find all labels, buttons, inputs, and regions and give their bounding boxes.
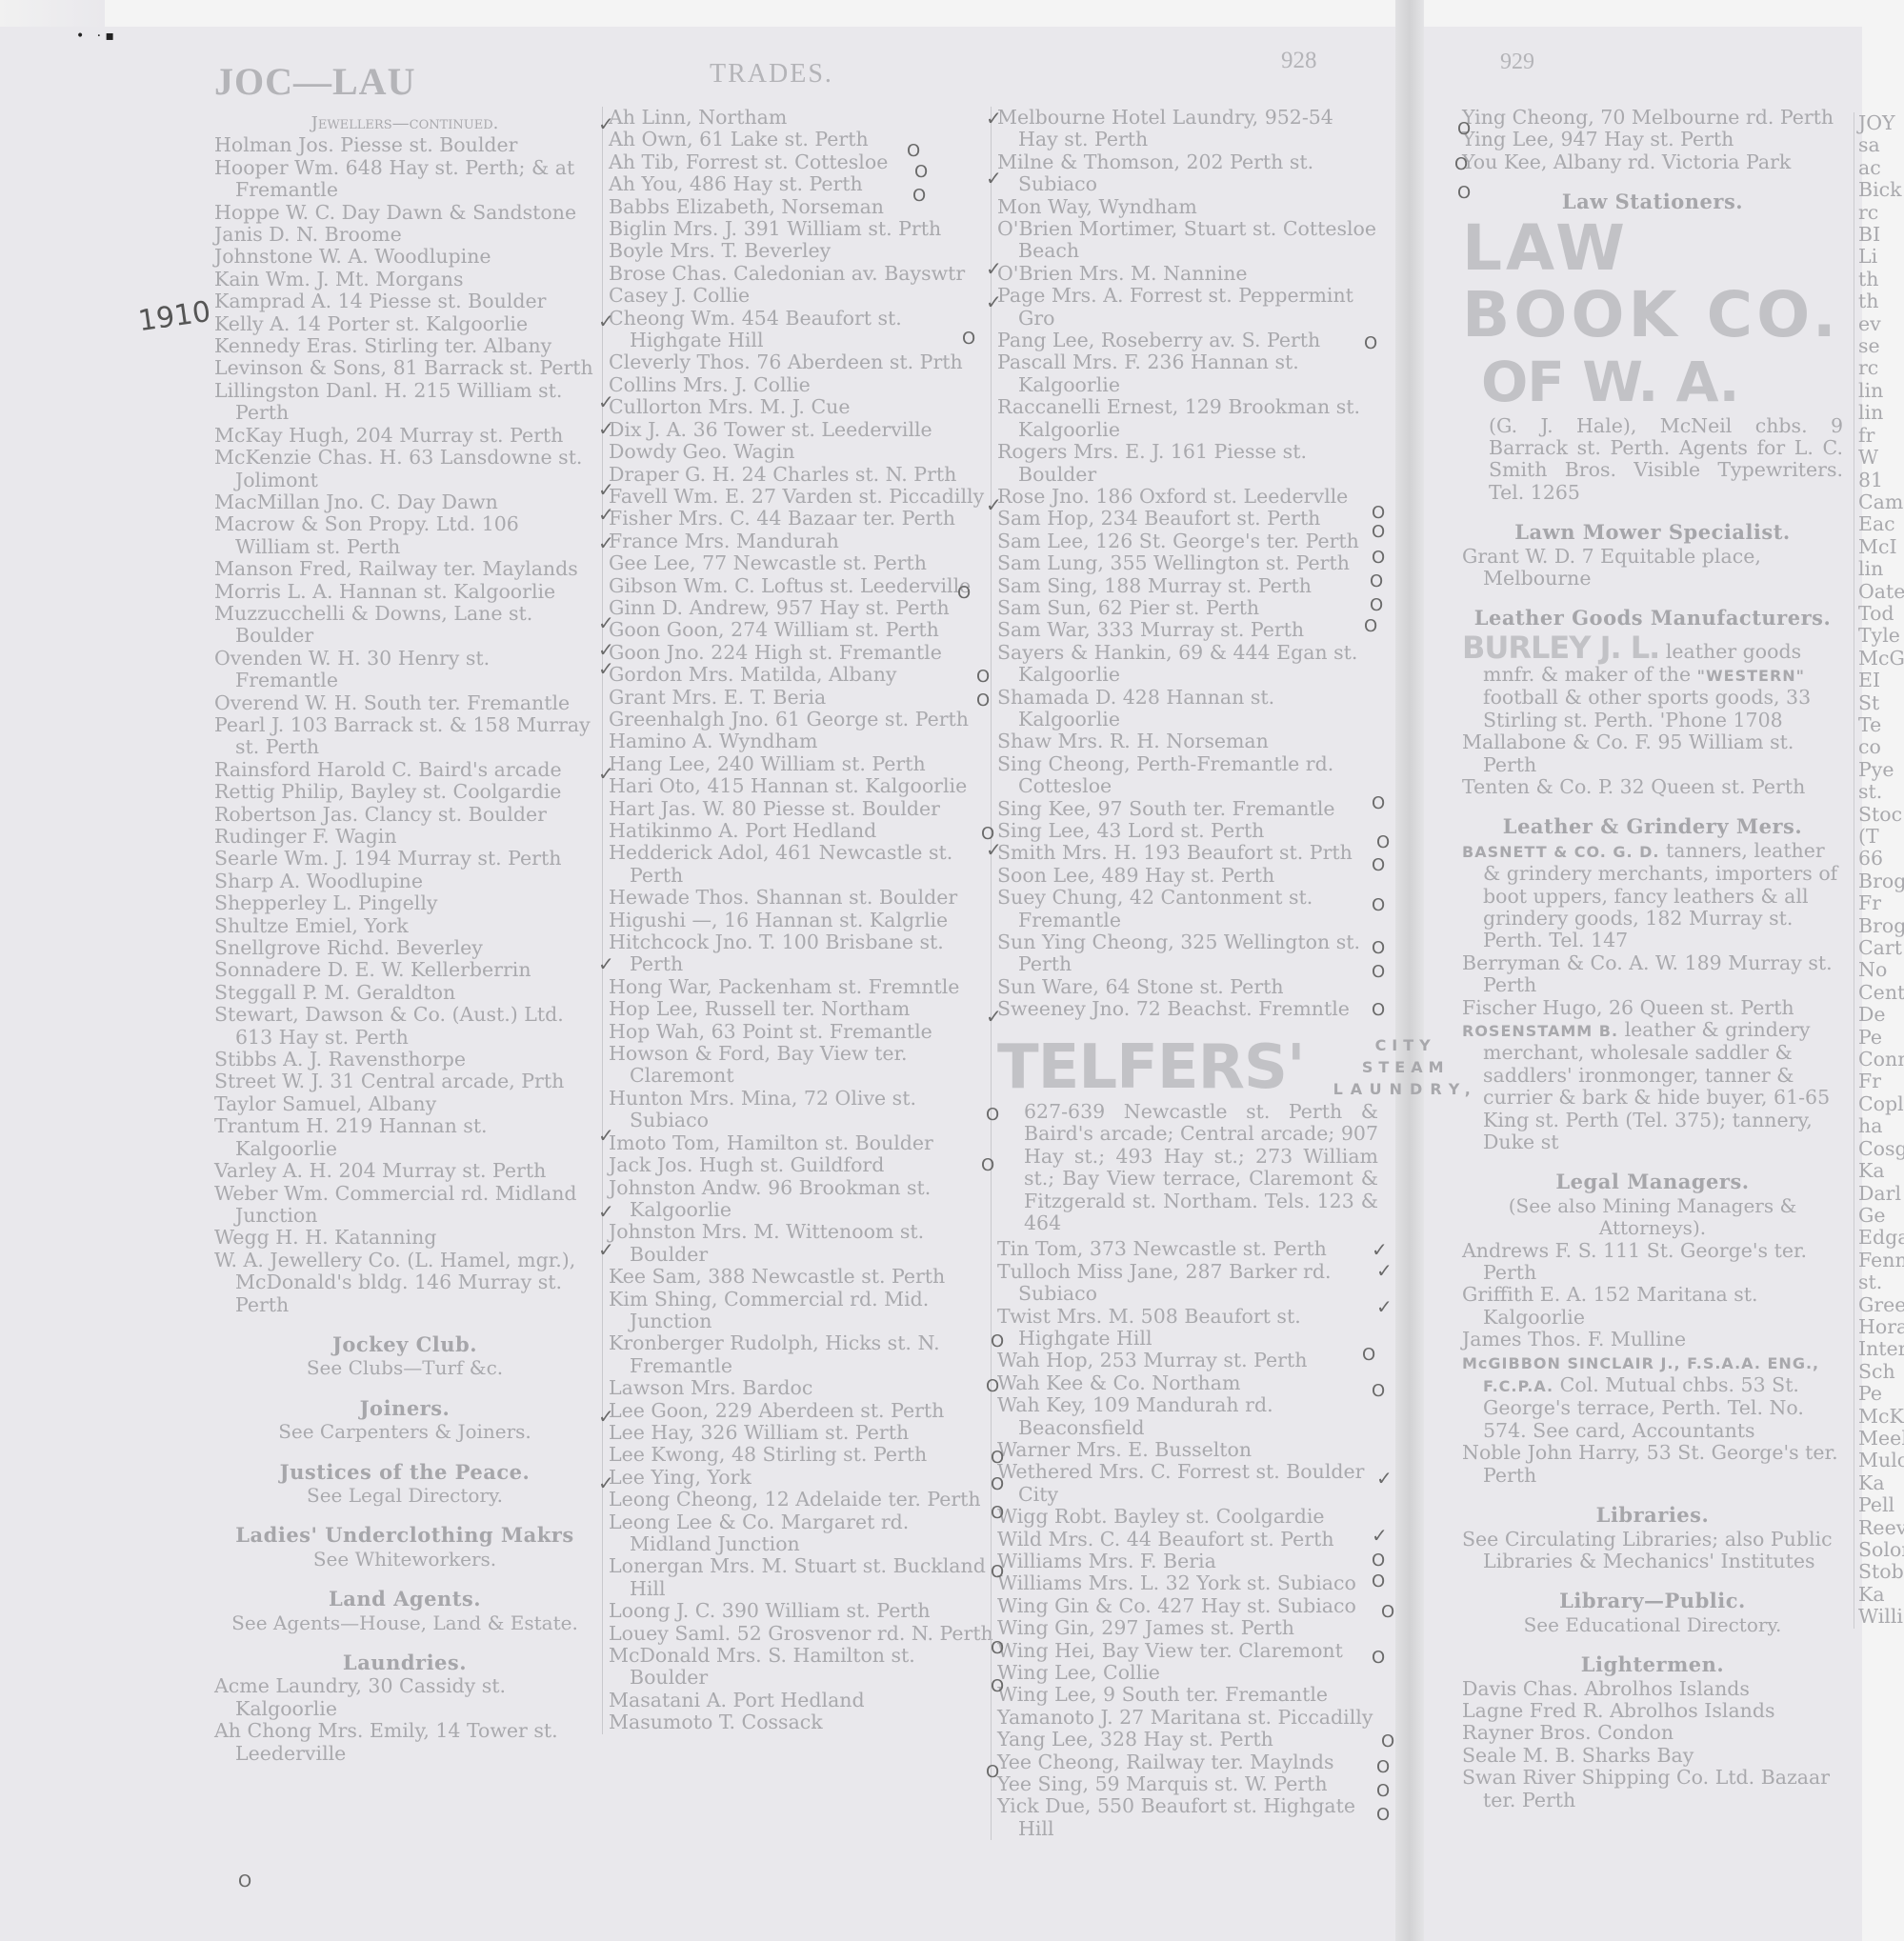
law-book-co-advert-line1: LAW BOOK CO. [1462, 215, 1843, 349]
column-laundries-a-m: Ah Linn, NorthamAh Own, 61 Lake st. Pert… [602, 107, 994, 1734]
list-item: Rogers Mrs. E. J. 161 Piesse st. Boulder [997, 441, 1378, 486]
list-item: Kain Wm. J. Mt. Morgans [214, 269, 595, 290]
circle-mark-icon: O [1372, 1571, 1385, 1591]
check-mark-icon: ✓ [598, 1405, 614, 1428]
check-mark-icon: ✓ [1372, 1524, 1388, 1547]
list-item: Sam Hop, 234 Beaufort st. Perth [997, 508, 1378, 530]
list-item: ac [1858, 157, 1904, 179]
list-item: Sharp A. Woodlupine [214, 870, 595, 892]
circle-mark-icon: O [976, 690, 990, 710]
circle-mark-icon: O [986, 1762, 999, 1782]
list-item: Cosg [1858, 1138, 1904, 1160]
check-mark-icon: ✓ [986, 1005, 1002, 1028]
law-book-co-body: (G. J. Hale), McNeil chbs. 9 Barrack st.… [1462, 415, 1843, 505]
list-item: Morris L. A. Hannan st. Kalgoorlie [214, 581, 595, 603]
list-item: Sing Lee, 43 Lord st. Perth [997, 820, 1378, 842]
list-item: Cent [1858, 982, 1904, 1004]
list-item: lin [1858, 402, 1904, 424]
list-item: Mon Way, Wyndham [997, 196, 1378, 218]
column-clipped-edge: JOYsaacBickrcBILiththevserclinlinfrW81Ca… [1854, 112, 1904, 1629]
check-mark-icon: ✓ [598, 1238, 614, 1261]
circle-mark-icon: O [912, 186, 926, 206]
list-item: Ying Cheong, 70 Melbourne rd. Perth [1462, 107, 1843, 129]
list-item: sa [1858, 134, 1904, 156]
list-item: McKay Hugh, 204 Murray st. Perth [214, 425, 595, 447]
see-reference: See Carpenters & Joiners. [214, 1421, 595, 1443]
list-item: Swan River Shipping Co. Ltd. Bazaar ter.… [1462, 1767, 1843, 1811]
leather-grindery-list: Berryman & Co. A. W. 189 Murray st. Pert… [1462, 952, 1843, 1019]
list-item: Ginn D. Andrew, 957 Hay st. Perth [609, 597, 994, 619]
check-mark-icon: ✓ [1372, 1238, 1388, 1261]
list-item: rc [1858, 357, 1904, 379]
list-item: Kennedy Eras. Stirling ter. Albany [214, 335, 595, 357]
list-item: Trantum H. 219 Hannan st. Kalgoorlie [214, 1115, 595, 1160]
list-item: Shepperley L. Pingelly [214, 892, 595, 914]
basnett-entry: BASNETT & CO. G. D. tanners, leather & g… [1462, 840, 1843, 952]
list-item: Sonnadere D. E. W. Kellerberrin [214, 959, 595, 981]
list-item: Lee Ying, York [609, 1467, 994, 1489]
section-heading-xref: Land Agents. [214, 1588, 595, 1610]
list-item: De [1858, 1004, 1904, 1026]
circle-mark-icon: O [1372, 548, 1385, 568]
see-reference: See Clubs—Turf &c. [214, 1357, 595, 1379]
list-item: Janis D. N. Broome [214, 224, 595, 246]
list-item: Dowdy Geo. Wagin [609, 441, 994, 463]
list-item: Stewart, Dawson & Co. (Aust.) Ltd. 613 H… [214, 1004, 595, 1049]
list-item: lin [1858, 558, 1904, 580]
section-heading-legal-managers: Legal Managers. [1462, 1171, 1843, 1192]
list-item: Sweeney Jno. 72 Beachst. Fremntle [997, 998, 1378, 1020]
list-item: Favell Wm. E. 27 Varden st. Piccadilly [609, 486, 994, 508]
mcgibbon-entry: McGIBBON SINCLAIR J., F.S.A.A. ENG., F.C… [1462, 1351, 1843, 1443]
list-item: Tin Tom, 373 Newcastle st. Perth [997, 1238, 1378, 1260]
list-item: se [1858, 335, 1904, 357]
list-item: Brose Chas. Caledonian av. Bayswtr [609, 263, 994, 285]
list-item: Sam Sun, 62 Pier st. Perth [997, 597, 1378, 619]
list-item: Smith Mrs. H. 193 Beaufort st. Prth [997, 842, 1378, 864]
list-item: Te [1858, 714, 1904, 736]
check-mark-icon: ✓ [598, 503, 614, 526]
laundries-list-y: Ying Cheong, 70 Melbourne rd. PerthYing … [1462, 107, 1843, 173]
list-item: BI [1858, 224, 1904, 246]
check-mark-icon: ✓ [986, 257, 1002, 280]
circle-mark-icon: O [991, 1638, 1004, 1658]
circle-mark-icon: O [1372, 962, 1385, 982]
list-item: Grant Mrs. E. T. Beria [609, 687, 994, 709]
circle-mark-icon: O [1364, 616, 1377, 636]
check-mark-icon: ✓ [598, 390, 614, 413]
list-item: O'Brien Mrs. M. Nannine [997, 263, 1378, 285]
ink-specks: • · ▪ [76, 29, 114, 44]
list-item: Cullorton Mrs. M. J. Cue [609, 396, 994, 418]
list-item: Babbs Elizabeth, Norseman [609, 196, 994, 218]
list-item: Hamino A. Wyndham [609, 730, 994, 752]
list-item: Sam Sing, 188 Murray st. Perth [997, 575, 1378, 597]
list-item: McDonald Mrs. S. Hamilton st. Boulder [609, 1645, 994, 1690]
check-mark-icon: ✓ [598, 1124, 614, 1147]
list-item: Williams Mrs. F. Beria [997, 1551, 1378, 1572]
list-item: Soon Lee, 489 Hay st. Perth [997, 865, 1378, 887]
list-item: Hooper Wm. 648 Hay st. Perth; & at Frema… [214, 157, 595, 202]
list-item: Collins Mrs. J. Collie [609, 374, 994, 396]
circle-mark-icon: O [1372, 895, 1385, 915]
list-item: Pye [1858, 759, 1904, 781]
list-item: Solon [1858, 1539, 1904, 1561]
list-item: Robertson Jas. Clancy st. Boulder [214, 804, 595, 826]
list-item: Sing Kee, 97 South ter. Fremantle [997, 798, 1378, 820]
list-item: Pe [1858, 1383, 1904, 1405]
list-item: Wigg Robt. Bayley st. Coolgardie [997, 1506, 1378, 1528]
list-item: Sayers & Hankin, 69 & 444 Egan st. Kalgo… [997, 642, 1378, 687]
list-item: Pang Lee, Roseberry av. S. Perth [997, 330, 1378, 351]
list-item: Johnston Mrs. M. Wittenoom st. Boulder [609, 1221, 994, 1266]
list-item: JOY [1858, 112, 1904, 134]
section-heading-laundries: Laundries. [214, 1651, 595, 1673]
legal-managers-note: (See also Mining Managers & Attorneys). [1462, 1195, 1843, 1240]
circle-mark-icon: O [991, 1503, 1004, 1523]
list-item: Holman Jos. Piesse st. Boulder [214, 134, 595, 156]
list-item: Wing Hei, Bay View ter. Claremont [997, 1640, 1378, 1662]
list-item: France Mrs. Mandurah [609, 530, 994, 552]
section-heading-lawn-mower: Lawn Mower Specialist. [1462, 521, 1843, 543]
list-item: 81 [1858, 470, 1904, 491]
section-heading-lightermen: Lightermen. [1462, 1653, 1843, 1675]
list-item: Tod [1858, 603, 1904, 625]
list-item: Lee Hay, 326 William st. Perth [609, 1422, 994, 1444]
list-item: Warner Mrs. E. Busselton [997, 1439, 1378, 1461]
circle-mark-icon: O [1372, 522, 1385, 542]
list-item: McKenzie Chas. H. 63 Lansdowne st. Jolim… [214, 447, 595, 491]
list-item: Leong Lee & Co. Margaret rd. Midland Jun… [609, 1511, 994, 1556]
list-item: Fischer Hugo, 26 Queen st. Perth [1462, 997, 1843, 1019]
circle-mark-icon: O [976, 667, 990, 687]
telfers-name: TELFERS' [997, 1034, 1305, 1101]
list-item: Sch [1858, 1361, 1904, 1383]
list-item: Hora [1858, 1316, 1904, 1338]
telfers-body: 627-639 Newcastle st. Perth & Baird's ar… [997, 1101, 1378, 1234]
list-item: Boyle Mrs. T. Beverley [609, 240, 994, 262]
circle-mark-icon: O [1370, 595, 1383, 615]
list-item: Rettig Philip, Bayley st. Coolgardie [214, 781, 595, 803]
list-item: st. [1858, 1271, 1904, 1293]
circle-mark-icon: O [914, 162, 928, 182]
list-item: Yick Due, 550 Beaufort st. Highgate Hill [997, 1795, 1378, 1840]
list-item: Wing Gin, 297 James st. Perth [997, 1617, 1378, 1639]
circle-mark-icon: O [986, 1105, 999, 1125]
list-item: Ka [1858, 1472, 1904, 1494]
list-item: Shultze Emiel, York [214, 915, 595, 937]
list-item: Lonergan Mrs. M. Stuart st. Buckland Hil… [609, 1555, 994, 1600]
list-item: Sam Lee, 126 St. George's ter. Perth [997, 530, 1378, 552]
list-item: Melbourne Hotel Laundry, 952-54 Hay st. … [997, 107, 1378, 151]
list-item: Rose Jno. 186 Oxford st. Leedervlle [997, 486, 1378, 508]
list-item: Jack Jos. Hugh st. Guildford [609, 1154, 994, 1176]
circle-mark-icon: O [1364, 333, 1377, 353]
list-item: th [1858, 269, 1904, 290]
check-mark-icon: ✓ [986, 290, 1002, 313]
check-mark-icon: ✓ [1376, 1295, 1393, 1318]
list-item: th [1858, 290, 1904, 312]
list-item: Hari Oto, 415 Hannan st. Kalgoorlie [609, 775, 994, 797]
list-item: Wild Mrs. C. 44 Beaufort st. Perth [997, 1529, 1378, 1551]
list-item: Johnstone W. A. Woodlupine [214, 246, 595, 268]
check-mark-icon: ✓ [598, 112, 614, 135]
list-item: Eac [1858, 513, 1904, 535]
list-item: Yee Sing, 59 Marquis st. W. Perth [997, 1773, 1378, 1795]
list-item: Cleverly Thos. 76 Aberdeen st. Prth [609, 351, 994, 373]
list-item: Fr [1858, 1071, 1904, 1092]
list-item: Leong Cheong, 12 Adelaide ter. Perth [609, 1489, 994, 1511]
list-item: Copl [1858, 1093, 1904, 1115]
list-item: Tenten & Co. P. 32 Queen st. Perth [1462, 776, 1843, 798]
list-item: Grant W. D. 7 Equitable place, Melbourne [1462, 546, 1843, 590]
list-item: Oate [1858, 581, 1904, 603]
list-item: Manson Fred, Railway ter. Maylands [214, 558, 595, 580]
list-item: Ah Chong Mrs. Emily, 14 Tower st. Leeder… [214, 1720, 595, 1765]
list-item: EI [1858, 670, 1904, 691]
list-item: Lee Kwong, 48 Stirling st. Perth [609, 1444, 994, 1466]
list-item: Meeh [1858, 1428, 1904, 1450]
list-item: fr [1858, 425, 1904, 447]
circle-mark-icon: O [1372, 1381, 1385, 1401]
list-item: Loong J. C. 390 William st. Perth [609, 1600, 994, 1622]
circle-mark-icon: O [1457, 119, 1471, 139]
circle-mark-icon: O [1362, 1345, 1375, 1365]
check-mark-icon: ✓ [598, 952, 614, 975]
circle-mark-icon: O [957, 583, 971, 603]
section-heading-law-stationers: Law Stationers. [1462, 190, 1843, 212]
list-item: No [1858, 959, 1904, 981]
circle-mark-icon: O [1457, 183, 1471, 203]
circle-mark-icon: O [986, 1376, 999, 1396]
library-public-see: See Educational Directory. [1462, 1614, 1843, 1636]
list-item: Pe [1858, 1027, 1904, 1049]
list-item: James Thos. F. Mulline [1462, 1329, 1843, 1351]
list-item: Rudinger F. Wagin [214, 826, 595, 848]
list-item: O'Brien Mortimer, Stuart st. Cottesloe B… [997, 218, 1378, 263]
laundries-list-t-y: Tin Tom, 373 Newcastle st. PerthTulloch … [997, 1238, 1378, 1840]
list-item: rc [1858, 202, 1904, 224]
list-item: Levinson & Sons, 81 Barrack st. Perth [214, 357, 595, 379]
list-item: Hitchcock Jno. T. 100 Brisbane st. Perth [609, 931, 994, 976]
list-item: Kelly A. 14 Porter st. Kalgoorlie [214, 313, 595, 335]
list-item: Page Mrs. A. Forrest st. Peppermint Gro [997, 285, 1378, 330]
section-heading-xref: Justices of the Peace. [214, 1461, 595, 1483]
list-item: Griffith E. A. 152 Maritana st. Kalgoorl… [1462, 1284, 1843, 1329]
list-item: Raccanelli Ernest, 129 Brookman st. Kalg… [997, 396, 1378, 441]
list-item: Ah Linn, Northam [609, 107, 994, 129]
burley-western: "WESTERN" [1697, 667, 1805, 685]
list-item: Kamprad A. 14 Piesse st. Boulder [214, 290, 595, 312]
libraries-see: See Circulating Libraries; also Public L… [1462, 1529, 1843, 1573]
list-item: Tulloch Miss Jane, 287 Barker rd. Subiac… [997, 1261, 1378, 1306]
list-item: Ah You, 486 Hay st. Perth [609, 173, 994, 195]
list-item: 66 [1858, 848, 1904, 870]
list-item: W. A. Jewellery Co. (L. Hamel, mgr.), Mc… [214, 1250, 595, 1316]
law-book-co-advert-line2: OF W. A. [1462, 349, 1843, 415]
circle-mark-icon: O [1381, 1731, 1394, 1751]
circle-mark-icon: O [1372, 1551, 1385, 1571]
list-item: Yamanoto J. 27 Maritana st. Piccadilly [997, 1707, 1378, 1729]
list-item: Greenhalgh Jno. 61 George st. Perth [609, 709, 994, 730]
list-item: Ah Tib, Forrest st. Cottesloe [609, 151, 994, 173]
list-item: Cheong Wm. 454 Beaufort st. Highgate Hil… [609, 308, 994, 352]
list-item: Milne & Thomson, 202 Perth st. Subiaco [997, 151, 1378, 196]
list-item: Weber Wm. Commercial rd. Midland Junctio… [214, 1183, 595, 1228]
list-item: Kronberger Rudolph, Hicks st. N. Fremant… [609, 1332, 994, 1377]
list-item: MacMillan Jno. C. Day Dawn [214, 491, 595, 513]
list-item: Hong War, Packenham st. Fremntle [609, 976, 994, 998]
list-item: Hart Jas. W. 80 Piesse st. Boulder [609, 798, 994, 820]
circle-mark-icon: O [1376, 1805, 1390, 1825]
circle-mark-icon: O [1372, 1648, 1385, 1668]
burley-advert: BURLEY J. L. leather goods mnfr. & maker… [1462, 631, 1843, 731]
check-mark-icon: ✓ [598, 531, 614, 554]
column-page-929: Ying Cheong, 70 Melbourne rd. PerthYing … [1462, 107, 1843, 1811]
circle-mark-icon: O [962, 329, 975, 349]
list-item: Masatani A. Port Hedland [609, 1690, 994, 1711]
list-item: Wing Lee, Collie [997, 1662, 1378, 1684]
list-item: Edga [1858, 1227, 1904, 1249]
list-item: Brog [1858, 915, 1904, 937]
list-item: Biglin Mrs. J. 391 William st. Prth [609, 218, 994, 240]
list-item: Ying Lee, 947 Hay st. Perth [1462, 129, 1843, 150]
burley-body-2: football & other sports goods, 33 Stirli… [1483, 686, 1811, 730]
rosenstamm-entry: ROSENSTAMM B. leather & grindery merchan… [1462, 1019, 1843, 1153]
list-item: Ka [1858, 1160, 1904, 1182]
list-item: Ge [1858, 1205, 1904, 1227]
list-item: Overend W. H. South ter. Fremantle [214, 692, 595, 714]
list-item: Cart [1858, 937, 1904, 959]
list-item: Ovenden W. H. 30 Henry st. Fremantle [214, 648, 595, 692]
list-item: ev [1858, 313, 1904, 335]
list-item: Lawson Mrs. Bardoc [609, 1377, 994, 1399]
section-heading-libraries: Libraries. [1462, 1504, 1843, 1526]
list-item: Louey Saml. 52 Grosvenor rd. N. Perth [609, 1623, 994, 1645]
list-item: Li [1858, 246, 1904, 268]
list-item: Sun Ying Cheong, 325 Wellington st. Pert… [997, 931, 1378, 976]
circle-mark-icon: O [1381, 1602, 1394, 1622]
list-item: Hop Wah, 63 Point st. Fremantle [609, 1021, 994, 1043]
list-item: Hoppe W. C. Day Dawn & Sandstone [214, 202, 595, 224]
list-item: co [1858, 736, 1904, 758]
list-item: Stobl [1858, 1561, 1904, 1583]
circle-mark-icon: O [1372, 855, 1385, 875]
list-item: Casey J. Collie [609, 285, 994, 307]
list-item: ha [1858, 1115, 1904, 1137]
list-item: Wegg H. H. Katanning [214, 1227, 595, 1249]
section-heading-xref: Joiners. [214, 1397, 595, 1419]
list-item: Taylor Samuel, Albany [214, 1093, 595, 1115]
circle-mark-icon: O [238, 1871, 251, 1891]
telfers-tagline-2: LAUNDRY, [1333, 1078, 1478, 1100]
list-item: Kee Sam, 388 Newcastle st. Perth [609, 1266, 994, 1288]
check-mark-icon: ✓ [598, 478, 614, 501]
check-mark-icon: ✓ [986, 838, 1002, 861]
check-mark-icon: ✓ [598, 417, 614, 440]
list-item: Yee Cheong, Railway ter. Maylnds [997, 1751, 1378, 1773]
list-item: Varley A. H. 204 Murray st. Perth [214, 1160, 595, 1182]
list-item: Muzzucchelli & Downs, Lane st. Boulder [214, 603, 595, 648]
circle-mark-icon: O [1370, 571, 1383, 591]
check-mark-icon: ✓ [986, 107, 1002, 130]
see-reference: See Legal Directory. [214, 1485, 595, 1507]
circle-mark-icon: O [1372, 793, 1385, 813]
list-item: Ah Own, 61 Lake st. Perth [609, 129, 994, 150]
jewellers-list: Holman Jos. Piesse st. BoulderHooper Wm.… [214, 134, 595, 1316]
list-item: Brog [1858, 870, 1904, 892]
list-item: Hedderick Adol, 461 Newcastle st. Perth [609, 842, 994, 887]
clipped-fragments: JOYsaacBickrcBILiththevserclinlinfrW81Ca… [1858, 112, 1904, 1629]
list-item: Rayner Bros. Condon [1462, 1722, 1843, 1744]
running-head-center: TRADES. [710, 59, 833, 90]
check-mark-icon: ✓ [1376, 1259, 1393, 1282]
list-item: Goon Jno. 224 High st. Fremantle [609, 642, 994, 664]
list-item: Davis Chas. Abrolhos Islands [1462, 1678, 1843, 1700]
check-mark-icon: ✓ [986, 167, 1002, 190]
list-item: McG [1858, 648, 1904, 670]
list-item: Wing Lee, 9 South ter. Fremantle [997, 1684, 1378, 1706]
list-item: Wah Kee & Co. Northam [997, 1372, 1378, 1394]
list-item: Shamada D. 428 Hannan st. Kalgoorlie [997, 687, 1378, 731]
column-laundries-m-y: Melbourne Hotel Laundry, 952-54 Hay st. … [991, 107, 1378, 1840]
section-heading-library-public: Library—Public. [1462, 1590, 1843, 1611]
list-item: (T [1858, 826, 1904, 848]
list-item: Noble John Harry, 53 St. George's ter. P… [1462, 1442, 1843, 1487]
list-item: Cam [1858, 491, 1904, 513]
list-item: Lee Goon, 229 Aberdeen st. Perth [609, 1400, 994, 1422]
check-mark-icon: ✓ [598, 611, 614, 634]
list-item: McI [1858, 536, 1904, 558]
list-item: Sing Cheong, Perth-Fremantle rd. Cottesl… [997, 753, 1378, 798]
list-item: Andrews F. S. 111 St. George's ter. Pert… [1462, 1240, 1843, 1285]
list-item: Hewade Thos. Shannan st. Boulder [609, 887, 994, 909]
list-item: Imoto Tom, Hamilton st. Boulder [609, 1132, 994, 1154]
list-item: Fisher Mrs. C. 44 Bazaar ter. Perth [609, 508, 994, 530]
see-reference: See Whiteworkers. [214, 1549, 595, 1571]
list-item: Sun Ware, 64 Stone st. Perth [997, 976, 1378, 998]
list-item: Reev [1858, 1517, 1904, 1539]
list-item: Wah Hop, 253 Murray st. Perth [997, 1350, 1378, 1371]
lightermen-list: Davis Chas. Abrolhos IslandsLagne Fred R… [1462, 1678, 1843, 1811]
circle-mark-icon: O [1372, 1000, 1385, 1020]
list-item: Bick [1858, 179, 1904, 201]
list-item: Gibson Wm. C. Loftus st. Leederville [609, 575, 994, 597]
telfers-advert: TELFERS' CITY STEAM LAUNDRY, 627-639 New… [997, 1034, 1378, 1235]
circle-mark-icon: O [991, 1562, 1004, 1582]
list-item: Sam War, 333 Murray st. Perth [997, 619, 1378, 641]
list-item: Dix J. A. 36 Tower st. Leederville [609, 419, 994, 441]
list-item: You Kee, Albany rd. Victoria Park [1462, 151, 1843, 173]
list-item: Acme Laundry, 30 Cassidy st. Kalgoorlie [214, 1675, 595, 1720]
list-item: Mallabone & Co. F. 95 William st. Perth [1462, 731, 1843, 776]
list-item: Stibbs A. J. Ravensthorpe [214, 1049, 595, 1071]
section-heading-leather-goods: Leather Goods Manufacturers. [1462, 607, 1843, 629]
circle-mark-icon: O [1376, 832, 1390, 852]
book-gutter [1395, 0, 1424, 1941]
circle-mark-icon: O [991, 1676, 1004, 1696]
list-item: Howson & Ford, Bay View ter. Claremont [609, 1043, 994, 1088]
list-item: Ka [1858, 1584, 1904, 1606]
list-item: Darl [1858, 1183, 1904, 1205]
list-item: Street W. J. 31 Central arcade, Prth [214, 1071, 595, 1092]
list-item: Conn [1858, 1049, 1904, 1071]
list-item: Willi [1858, 1606, 1904, 1628]
circle-mark-icon: O [1376, 1781, 1390, 1801]
page-number-right: 929 [1500, 50, 1534, 75]
list-item: Berryman & Co. A. W. 189 Murray st. Pert… [1462, 952, 1843, 997]
list-item: Wethered Mrs. C. Forrest st. Boulder Cit… [997, 1461, 1378, 1506]
